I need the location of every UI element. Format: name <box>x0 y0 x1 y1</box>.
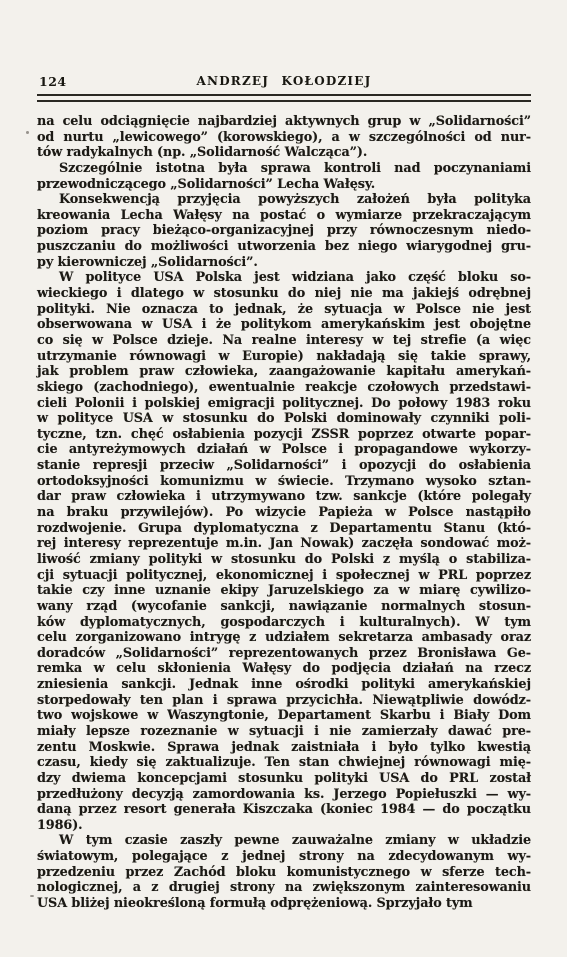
text-line: wieckiego i dlatego w stosunku do niej n… <box>37 286 531 302</box>
text-line: storpedowały ten plan i sprawa przycichł… <box>37 693 531 709</box>
text-line: puszczaniu do możliwości utworzenia bez … <box>37 239 531 255</box>
text-line: dar praw człowieka i utrzymywano tzw. sa… <box>37 489 531 505</box>
text-line: przedłużony decyzją zamordowania ks. Jer… <box>37 787 531 803</box>
page-content: 124 ANDRZEJ KOŁODZIEJ na celu odciągnięc… <box>37 74 531 912</box>
text-line: od nurtu „lewicowego” (korowskiego), a w… <box>37 130 531 146</box>
header-double-rule <box>37 94 531 102</box>
text-line: ortodoksyjności komunizmu w świecie. Trz… <box>37 474 531 490</box>
text-line: ków dyplomatycznych, gospodarczych i kul… <box>37 615 531 631</box>
text-line: liwość zmiany polityki w stosunku do Pol… <box>37 552 531 568</box>
text-line: 1986). <box>37 818 531 834</box>
text-line: tyczne, tzn. chęć osłabienia pozycji ZSS… <box>37 427 531 443</box>
text-line: jak problem praw człowieka, zaangażowani… <box>37 364 531 380</box>
text-line: dzy dwiema koncepcjami stosunku polityki… <box>37 771 531 787</box>
text-line: poziom pracy bieżąco-organizacyjnej przy… <box>37 223 531 239</box>
text-line: wany rząd (wycofanie sankcji, nawiązanie… <box>37 599 531 615</box>
text-line: Konsekwencją przyjęcia powyższych założe… <box>37 192 531 208</box>
text-line: remka w celu skłonienia Wałęsy do podjęc… <box>37 661 531 677</box>
text-line: co się w Polsce dzieje. Na realne intere… <box>37 333 531 349</box>
text-line: obserwowana w USA i że politykom ameryka… <box>37 317 531 333</box>
text-line: rej interesy reprezentuje m.in. Jan Nowa… <box>37 536 531 552</box>
text-line: światowym, polegające z jednej strony na… <box>37 849 531 865</box>
scan-speck <box>26 131 29 134</box>
text-line: na celu odciągnięcie najbardziej aktywny… <box>37 114 531 130</box>
text-line: stanie represji przeciw „Solidarności” i… <box>37 458 531 474</box>
text-line: nologicznej, a z drugiej strony na zwięk… <box>37 880 531 896</box>
text-line: two wojskowe w Waszyngtonie, Departament… <box>37 708 531 724</box>
text-line: cie antyreżymowych działań w Polsce i pr… <box>37 442 531 458</box>
text-line: daną przez resort generała Kiszczaka (ko… <box>37 802 531 818</box>
text-line: py kierowniczej „Solidarności”. <box>37 255 531 271</box>
text-line: celu zorganizowano intrygę z udziałem se… <box>37 630 531 646</box>
scanned-book-page: 124 ANDRZEJ KOŁODZIEJ na celu odciągnięc… <box>0 0 567 957</box>
text-line: utrzymanie równowagi w Europie) nakładaj… <box>37 349 531 365</box>
text-line: doradców „Solidarności” reprezentowanych… <box>37 646 531 662</box>
text-line: w polityce USA w stosunku do Polski domi… <box>37 411 531 427</box>
text-line: takie czy inne uznanie ekipy Jaruzelskie… <box>37 583 531 599</box>
scan-speck <box>30 895 34 897</box>
text-line: Szczególnie istotna była sprawa kontroli… <box>37 161 531 177</box>
text-line: W tym czasie zaszły pewne zauważalne zmi… <box>37 833 531 849</box>
text-line: czasu, kiedy się zaktualizuje. Ten stan … <box>37 755 531 771</box>
text-line: przewodniczącego „Solidarności” Lecha Wa… <box>37 177 531 193</box>
text-line: cieli Polonii i polskiej emigracji polit… <box>37 396 531 412</box>
text-line: polityki. Nie oznacza to jednak, że sytu… <box>37 302 531 318</box>
text-line: USA bliżej nieokreśloną formułą odprężen… <box>37 896 531 912</box>
text-line: W polityce USA Polska jest widziana jako… <box>37 270 531 286</box>
text-line: miały lepsze rozeznanie w sytuacji i nie… <box>37 724 531 740</box>
text-line: skiego (zachodniego), ewentualnie reakcj… <box>37 380 531 396</box>
text-line: zniesienia sankcji. Jednak inne ośrodki … <box>37 677 531 693</box>
text-column: na celu odciągnięcie najbardziej aktywny… <box>37 114 531 912</box>
text-line: cji sytuacji politycznej, ekonomicznej i… <box>37 568 531 584</box>
running-header: 124 ANDRZEJ KOŁODZIEJ <box>37 74 531 90</box>
running-head-title: ANDRZEJ KOŁODZIEJ <box>37 74 531 88</box>
page-number: 124 <box>39 74 67 89</box>
text-line: zentu Moskwie. Sprawa jednak zaistniała … <box>37 740 531 756</box>
text-line: rozdwojenie. Grupa dyplomatyczna z Depar… <box>37 521 531 537</box>
text-line: przedzeniu przez Zachód bloku komunistyc… <box>37 865 531 881</box>
text-line: na braku przywilejów). Po wizycie Papież… <box>37 505 531 521</box>
text-line: tów radykalnych (np. „Solidarność Walczą… <box>37 145 531 161</box>
text-line: kreowania Lecha Wałęsy na postać o wymia… <box>37 208 531 224</box>
